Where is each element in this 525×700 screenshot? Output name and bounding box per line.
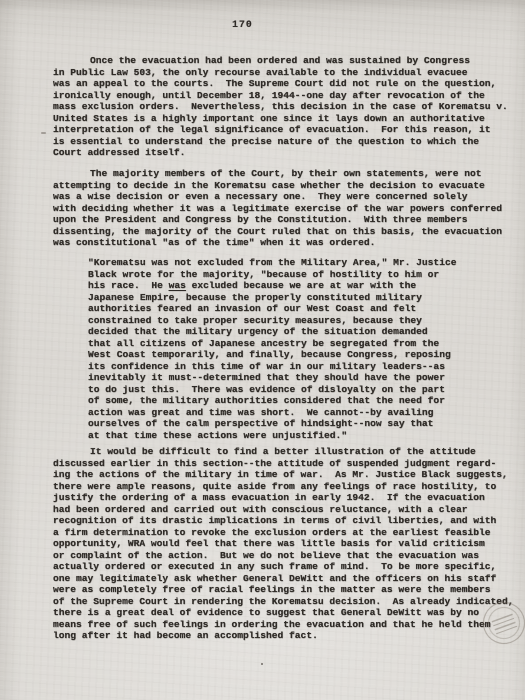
underlined-word: was (169, 280, 186, 291)
page-number: 170 (0, 19, 505, 30)
text-line: had been ordered and carried out with co… (53, 504, 514, 516)
text-line: The majority members of the Court, by th… (53, 168, 502, 180)
text-line: "Korematsu was not excluded from the Mil… (88, 257, 456, 269)
text-line: ourselves of the calm perspective of hin… (88, 418, 456, 430)
text-line: that all citizens of Japanese ancestry b… (88, 338, 456, 350)
text-line: constrained to take proper security meas… (88, 315, 456, 327)
text-line: was constitutional "as of the time" when… (53, 237, 502, 249)
text-line: was a wise decision or even a necessary … (53, 191, 502, 203)
document-page: 170 Once the evacuation had been ordered… (0, 0, 525, 700)
text-line: upon the President and Congress by the C… (53, 214, 502, 226)
text-line: Once the evacuation had been ordered and… (53, 55, 508, 67)
text-line: of some, the military authorities consid… (88, 395, 456, 407)
text-line: discussed earlier in this section--the a… (53, 458, 514, 470)
text-line: dissenting, the majority of the Court ru… (53, 226, 502, 238)
text-line: inevitably it must--determined that they… (88, 372, 456, 384)
text-line: It would be difficult to find a better i… (53, 446, 514, 458)
text-line: is essential to understand the precise n… (53, 136, 508, 148)
paragraph-3: It would be difficult to find a better i… (53, 446, 514, 642)
text-line: in Public Law 503, the only recourse ava… (53, 67, 508, 79)
text-line: was an appeal to the courts. The Supreme… (53, 78, 508, 90)
text-line: were as completely free of racial feelin… (53, 584, 514, 596)
paper-speck (261, 663, 263, 665)
text-line: action was great and time was short. We … (88, 407, 456, 419)
text-line: opportunity, WRA would feel that there w… (53, 538, 514, 550)
text-line: Japanese Empire, because the properly co… (88, 292, 456, 304)
text-line: justify the ordering of a mass evacuatio… (53, 492, 514, 504)
text-line: to do just this. There was evidence of d… (88, 384, 456, 396)
text-line: authorities feared an invasion of our We… (88, 303, 456, 315)
text-line: means free of such feelings in ordering … (53, 619, 514, 631)
text-line: United States is a highly important one … (53, 113, 508, 125)
text-line: of the Supreme Court in rendering the Ko… (53, 596, 514, 608)
text-line: at that time these actions were unjustif… (88, 430, 456, 442)
text-line: Black wrote for the majority, "because o… (88, 269, 456, 281)
text-line: West Coast temporarily, and finally, bec… (88, 349, 456, 361)
text-line: interpretation of the legal significance… (53, 124, 508, 136)
text-line: attempting to decide in the Korematsu ca… (53, 180, 502, 192)
text-line: his race. He was excluded because we are… (88, 280, 456, 292)
block-quote: "Korematsu was not excluded from the Mil… (88, 257, 456, 441)
text-line: mass exclusion orders. Nevertheless, thi… (53, 101, 508, 113)
text-line: there were ample reasons, quite aside fr… (53, 481, 514, 493)
text-line: or complaint of the action. But we do no… (53, 550, 514, 562)
text-line: ing the actions of the military in time … (53, 469, 514, 481)
text-line: one may legitimately ask whether General… (53, 573, 514, 585)
text-line: its confidence in this time of war in ou… (88, 361, 456, 373)
text-line: actually ordered or executed in any such… (53, 561, 514, 573)
text-line: recognition of its drastic implications … (53, 515, 514, 527)
text-line: long after it had become an accomplished… (53, 630, 514, 642)
paper-speck (41, 132, 46, 134)
text-line: with deciding whether it was a legitimat… (53, 203, 502, 215)
text-line: Court addressed itself. (53, 147, 508, 159)
text-line: decided that the military urgency of the… (88, 326, 456, 338)
text-line: ironically enough, until December 18, 19… (53, 90, 508, 102)
paragraph-1: Once the evacuation had been ordered and… (53, 55, 508, 159)
text-line: a firm determination to revoke the exclu… (53, 527, 514, 539)
text-line: there is a great deal of evidence to sug… (53, 607, 514, 619)
paragraph-2: The majority members of the Court, by th… (53, 168, 502, 249)
